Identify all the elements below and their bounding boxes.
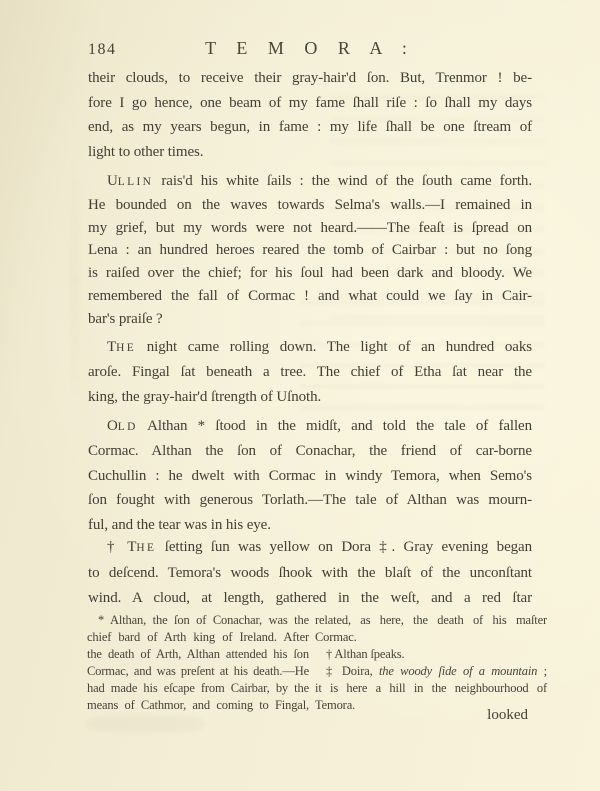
text-segment: Lena : an hundred heroes reared the tomb… [88,242,532,258]
footnote-column-left: * Althan, the ſon of Conachar, was thech… [87,612,309,713]
text-line: Cormac. [315,629,547,646]
text-segment: wind. A cloud, at length, gathered in th… [88,590,532,606]
text-segment: had made his eſcape from Cairbar, by the [87,681,309,695]
text-line: ULLIN rais'd his white ſails : the wind … [88,170,532,194]
text-line: to deſcend. Temora's woods ſhook with th… [88,561,532,586]
text-line: * Althan, the ſon of Conachar, was the [87,612,309,629]
text-segment: ſon fought with generous Torlath.—The ta… [88,492,532,508]
italic-text: the woody ſide of a mountain [379,664,537,678]
text-segment: Althan * ſtood in the midſt, and told th… [138,418,532,434]
running-title: T E M O R A : [205,38,415,59]
text-line: their clouds, to receive their gray-hair… [88,66,532,91]
text-line: ſon fought with generous Torlath.—The ta… [88,488,532,512]
text-segment: rais'd his white ſails : the wind of the… [153,173,532,189]
text-line: † Althan ſpeaks. [315,646,547,663]
text-segment: aroſe. Fingal ſat beneath a tree. The ch… [88,364,532,380]
small-caps-text: LD [118,421,138,433]
small-caps-text: HE [116,342,136,354]
text-segment: † Althan ſpeaks. [326,647,405,661]
text-segment: chief bard of Arth king of Ireland. Afte… [87,630,309,644]
text-line: end, as my years begun, in fame : my lif… [88,115,532,140]
body-paragraph-5: † THE ſetting ſun was yellow on Dora ‡. … [88,535,532,611]
page-header: 184 T E M O R A : [88,38,532,62]
page-number: 184 [88,41,117,59]
text-segment: ſetting ſun was yellow on Dora ‡. Gray e… [156,539,532,555]
text-segment: end, as my years begun, in fame : my lif… [88,119,532,135]
text-line: light to other times. [88,140,532,165]
text-line: is raiſed over the chief; for his ſoul h… [88,262,532,285]
text-segment: U [107,173,118,189]
text-line: aroſe. Fingal ſat beneath a tree. The ch… [88,360,532,384]
text-segment: the death of Arth, Althan attended his ſ… [87,647,309,661]
text-line: Lena : an hundred heroes reared the tomb… [88,239,532,262]
text-segment: O [107,418,118,434]
text-segment: * Althan, the ſon of Conachar, was the [98,613,309,627]
text-line: had made his eſcape from Cairbar, by the [87,680,309,697]
text-line: Cuchullin : he dwelt with Cormac in wind… [88,464,532,488]
text-line: it is here a hill in the neighbourhood o… [315,680,547,697]
text-segment: Cormac. Althan the ſon of Conachar, the … [88,443,532,459]
text-segment: † T [107,539,136,555]
text-line: ‡ Doira, the woody ſide of a mountain ; [315,663,547,680]
body-paragraph-2: ULLIN rais'd his white ſails : the wind … [88,170,532,331]
text-segment: it is here a hill in the neighbourhood o… [315,681,547,695]
text-line: THE night came rolling down. The light o… [88,335,532,360]
body-paragraph-1: their clouds, to receive their gray-hair… [88,66,532,164]
text-line: OLD Althan * ſtood in the midſt, and tol… [88,414,532,439]
text-segment: T [107,339,116,355]
text-line: Cormac. Althan the ſon of Conachar, the … [88,439,532,463]
text-segment: bar's praiſe ? [88,311,163,327]
book-page-scan: 184 T E M O R A : their clouds, to recei… [0,0,600,791]
text-line: remembered the fall of Cormac ! and what… [88,285,532,308]
text-segment: king, the gray-hair'd ſtrength of Uſnoth… [88,389,321,405]
text-segment: Cormac. [315,630,357,644]
text-line: He bounded on the waves towards Selma's … [88,194,532,217]
text-line: bar's praiſe ? [88,308,532,331]
body-paragraph-4: OLD Althan * ſtood in the midſt, and tol… [88,414,532,537]
text-segment: related, as here, the death of his maſte… [315,613,547,627]
text-segment: to deſcend. Temora's woods ſhook with th… [88,565,532,581]
text-line: king, the gray-hair'd ſtrength of Uſnoth… [88,385,532,409]
text-segment: is raiſed over the chief; for his ſoul h… [88,265,532,281]
catchword: looked [88,707,528,724]
text-line: wind. A cloud, at length, gathered in th… [88,586,532,611]
text-line: fore I go hence, one beam of my fame ſha… [88,91,532,116]
text-segment: ; [537,664,547,678]
text-line: chief bard of Arth king of Ireland. Afte… [87,629,309,646]
text-segment: Cuchullin : he dwelt with Cormac in wind… [88,468,532,484]
small-caps-text: LLIN [118,176,154,188]
text-line: the death of Arth, Althan attended his ſ… [87,646,309,663]
text-segment: their clouds, to receive their gray-hair… [88,70,532,86]
text-segment: ful, and the tear was in his eye. [88,517,271,533]
body-paragraph-3: THE night came rolling down. The light o… [88,335,532,409]
text-line: my grief, but my words were not heard.——… [88,217,532,240]
footnote-column-right: related, as here, the death of his maſte… [315,612,547,713]
text-segment: night came rolling down. The light of an… [136,339,532,355]
text-segment: light to other times. [88,144,203,160]
text-line: related, as here, the death of his maſte… [315,612,547,629]
text-line: † THE ſetting ſun was yellow on Dora ‡. … [88,535,532,561]
small-caps-text: HE [136,542,156,554]
text-segment: ‡ Doira, [326,664,379,678]
text-segment: Cormac, and was preſent at his death.—He [87,664,309,678]
text-segment: He bounded on the waves towards Selma's … [88,197,532,213]
text-segment: remembered the fall of Cormac ! and what… [88,288,532,304]
page-crease-mark [70,150,80,410]
text-segment: my grief, but my words were not heard.——… [88,220,532,236]
text-segment: fore I go hence, one beam of my fame ſha… [88,95,532,111]
text-line: ful, and the tear was in his eye. [88,513,532,537]
text-line: Cormac, and was preſent at his death.—He [87,663,309,680]
